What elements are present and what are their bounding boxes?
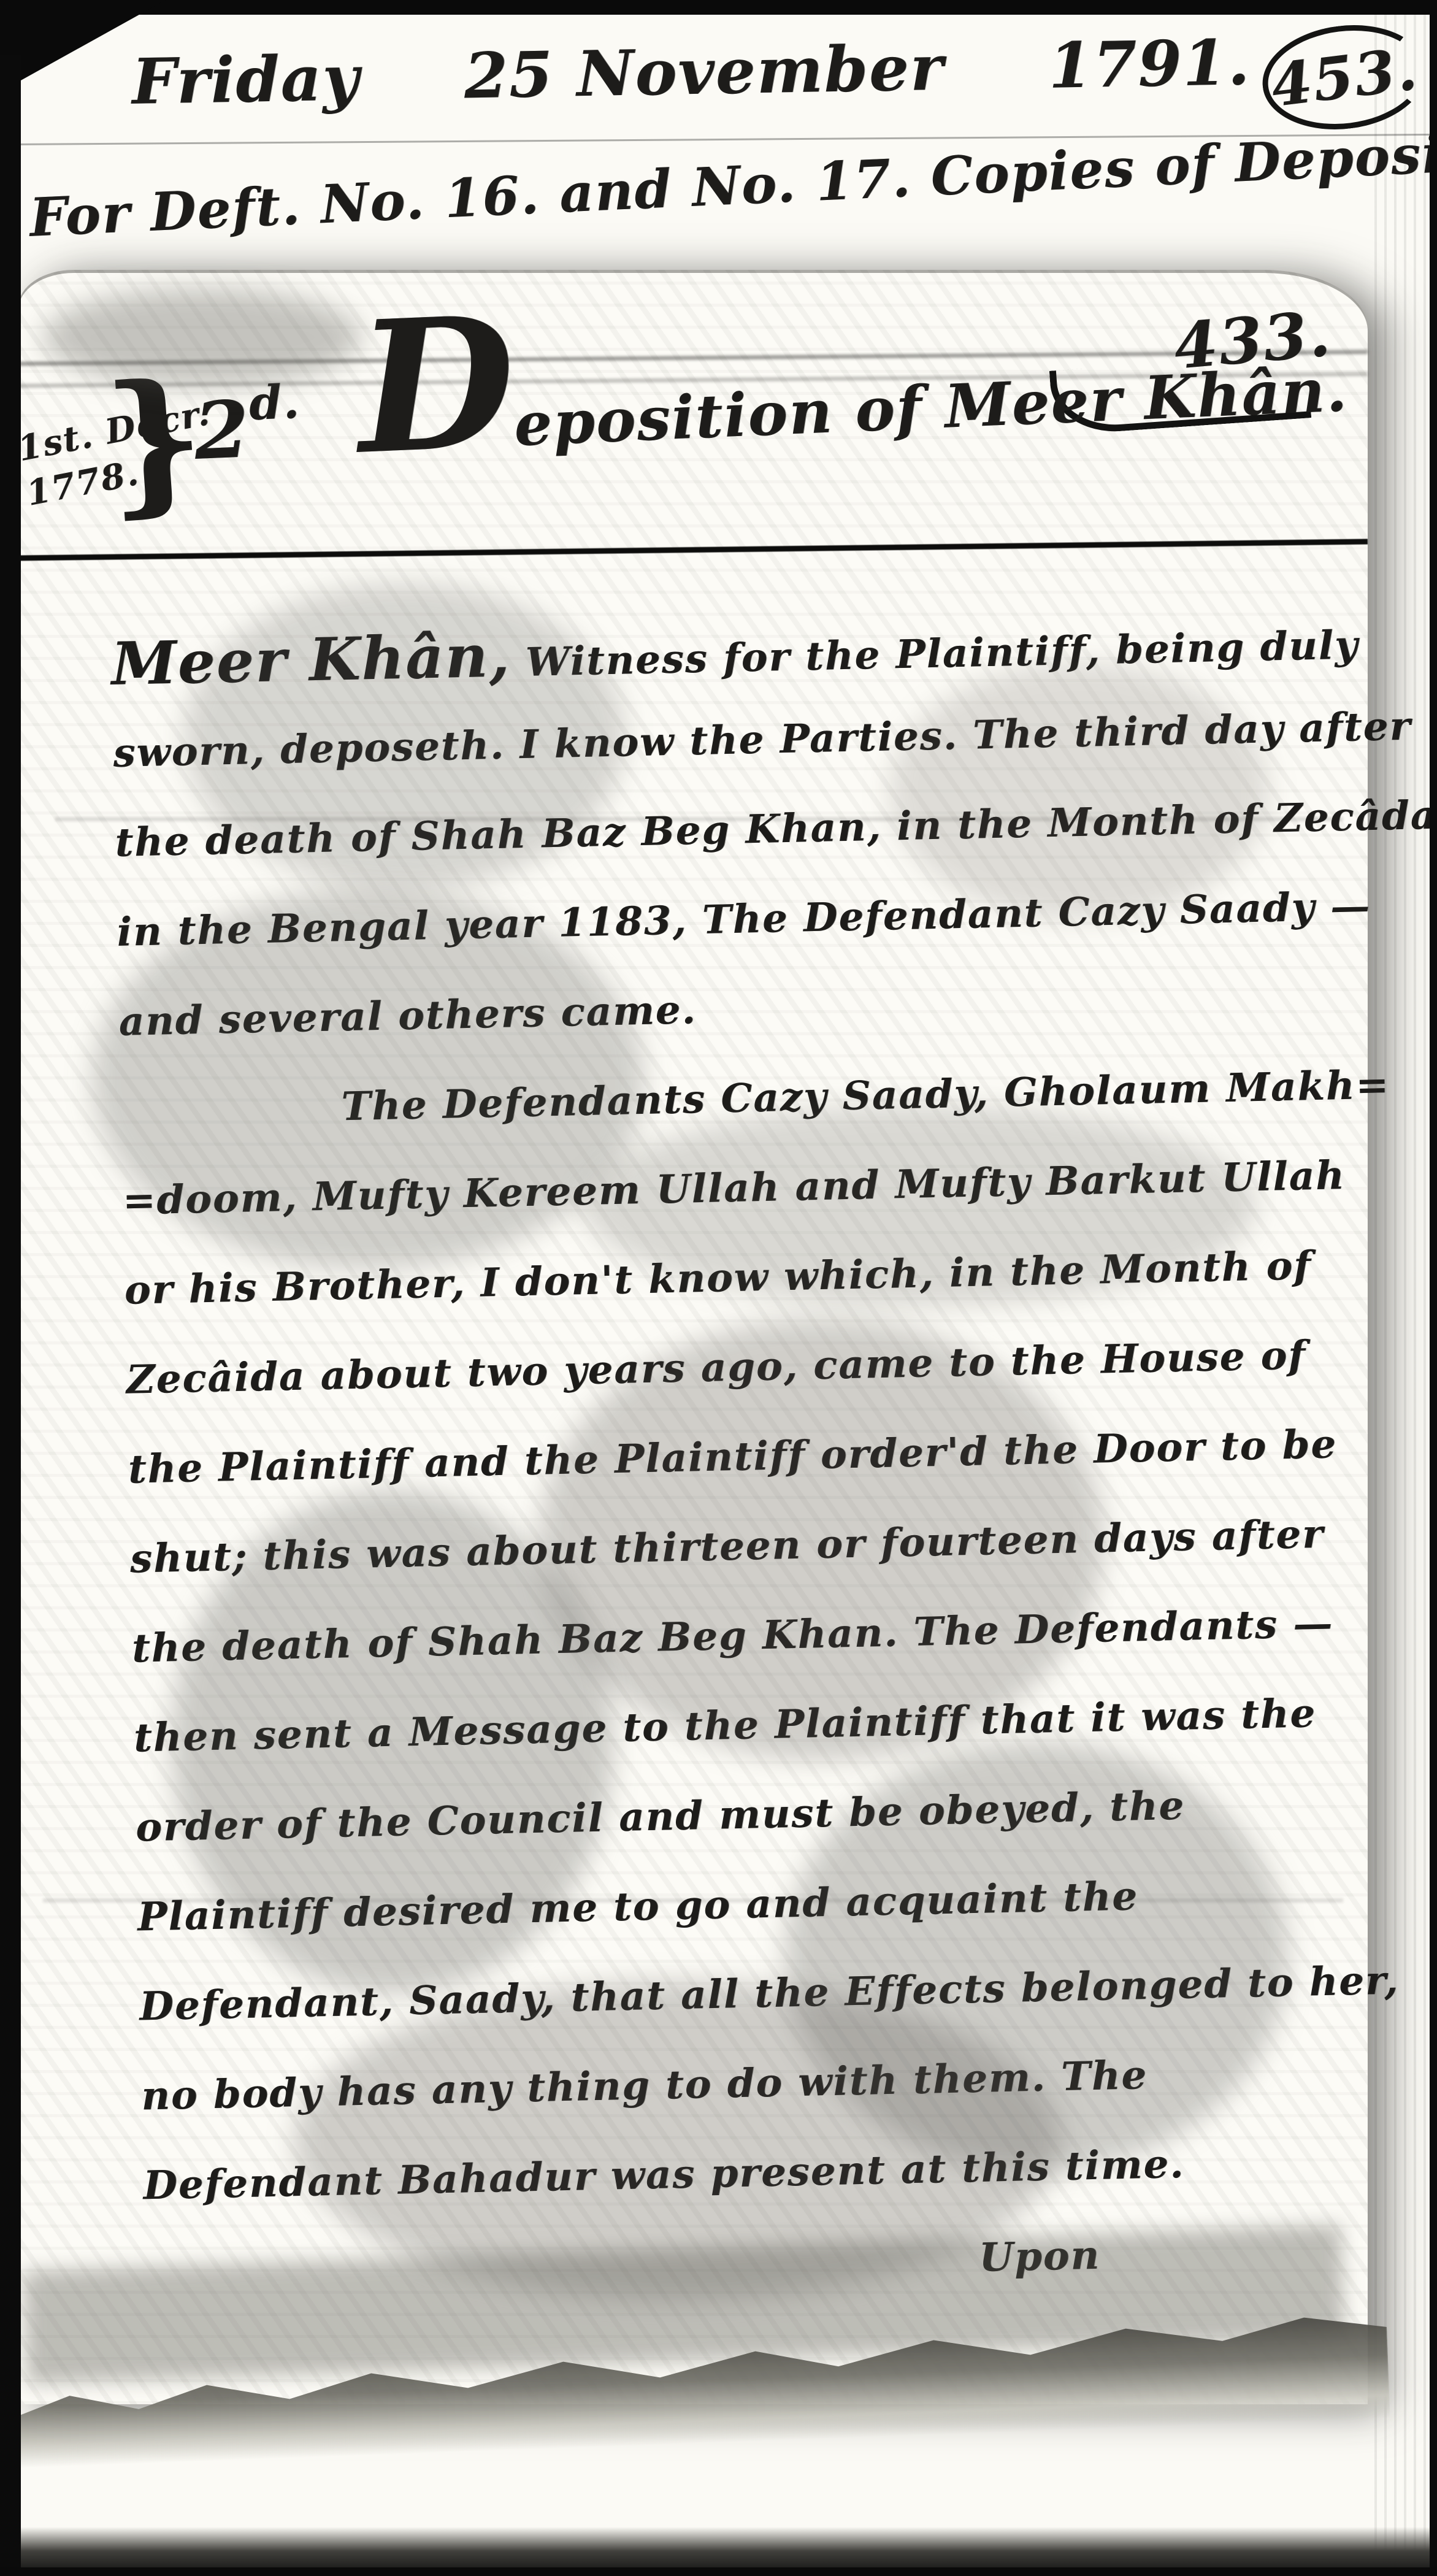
heading-title: eposition of Meer Khân. bbox=[513, 355, 1349, 459]
page-edge-streaks bbox=[1374, 12, 1430, 2564]
opening-name: Meer Khân, bbox=[110, 621, 511, 699]
bottom-shadow-band bbox=[12, 2527, 1435, 2571]
heading-ordinal: 2d. bbox=[192, 374, 303, 478]
opening-rest: Witness for the Plaintiff, being duly bbox=[510, 622, 1359, 686]
heading-initial: D bbox=[356, 321, 519, 450]
scan-frame-right bbox=[1430, 0, 1437, 2576]
heading-ordinal-base: 2 bbox=[193, 383, 252, 478]
journal-year: 1791. bbox=[1048, 26, 1251, 103]
deposition-heading: 2d. D eposition of Meer Khân. bbox=[190, 286, 1349, 478]
journal-day: Friday bbox=[131, 41, 361, 118]
heading-rule bbox=[18, 539, 1368, 561]
scan-frame-top bbox=[0, 0, 1437, 15]
deposition-body: Meer Khân, Witness for the Plaintiff, be… bbox=[110, 594, 1379, 2320]
scanned-document: { "colors": { "ink": "#1d1c1a", "paper":… bbox=[0, 0, 1437, 2576]
journal-date: 25 November bbox=[464, 31, 945, 113]
heading-ordinal-sup: d. bbox=[248, 374, 301, 431]
inner-page: 433. 1st. Decr. 1778. } 2d. D eposition … bbox=[18, 270, 1368, 2404]
folio-number: 453. bbox=[1267, 34, 1421, 120]
scan-frame-left bbox=[0, 55, 21, 2576]
scan-frame-bottom bbox=[0, 2567, 1437, 2576]
